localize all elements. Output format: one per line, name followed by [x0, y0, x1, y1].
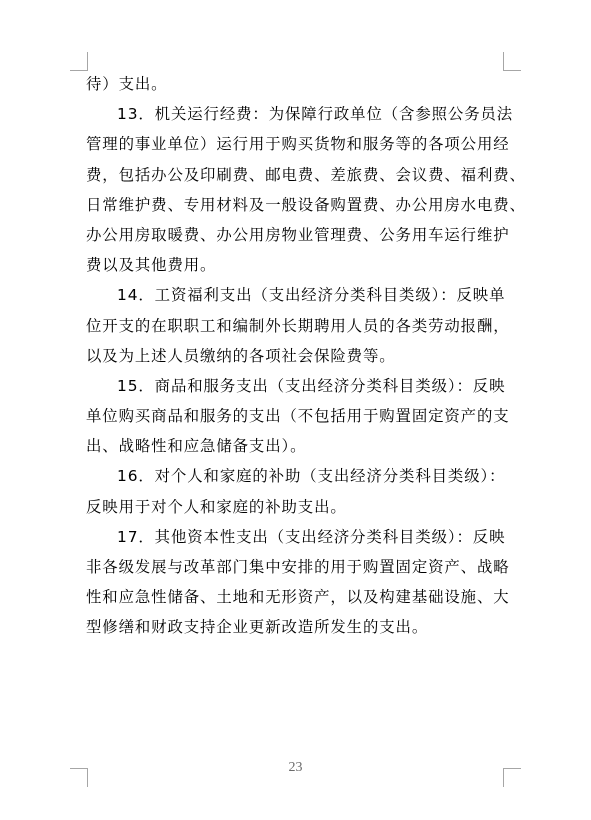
page-number: 23	[0, 760, 591, 776]
text-line: 以及为上述人员缴纳的各项社会保险费等。	[86, 341, 506, 371]
text-line: 费，包括办公及印刷费、邮电费、差旅费、会议费、福利费、	[86, 160, 506, 190]
paragraph-16-household-subsidies: 16．对个人和家庭的补助（支出经济分类科目类级）： 反映用于对个人和家庭的补助支…	[86, 461, 506, 521]
text-line: 位开支的在职职工和编制外长期聘用人员的各类劳动报酬，	[86, 311, 506, 341]
paragraph-12-continuation: 待）支出。	[86, 69, 506, 99]
text-line: 费以及其他费用。	[86, 250, 506, 280]
text-line: 13．机关运行经费：为保障行政单位（含参照公务员法	[86, 99, 506, 129]
text-line: 非各级发展与改革部门集中安排的用于购置固定资产、战略	[86, 552, 506, 582]
text-line: 型修缮和财政支持企业更新改造所发生的支出。	[86, 612, 506, 642]
text-line: 出、战略性和应急储备支出）。	[86, 431, 506, 461]
text-line: 性和应急性储备、土地和无形资产，以及构建基础设施、大	[86, 582, 506, 612]
text-line: 待）支出。	[86, 69, 506, 99]
text-line: 反映用于对个人和家庭的补助支出。	[86, 492, 506, 522]
text-line: 单位购买商品和服务的支出（不包括用于购置固定资产的支	[86, 401, 506, 431]
text-line: 管理的事业单位）运行用于购买货物和服务等的各项公用经	[86, 129, 506, 159]
paragraph-14-wages-welfare: 14．工资福利支出（支出经济分类科目类级）：反映单 位开支的在职职工和编制外长期…	[86, 280, 506, 371]
text-line: 日常维护费、专用材料及一般设备购置费、办公用房水电费、	[86, 190, 506, 220]
text-line: 17．其他资本性支出（支出经济分类科目类级）：反映	[86, 522, 506, 552]
text-line: 办公用房取暖费、办公用房物业管理费、公务用车运行维护	[86, 220, 506, 250]
document-body: 待）支出。 13．机关运行经费：为保障行政单位（含参照公务员法 管理的事业单位）…	[86, 69, 506, 643]
paragraph-15-goods-services: 15．商品和服务支出（支出经济分类科目类级）：反映 单位购买商品和服务的支出（不…	[86, 371, 506, 462]
paragraph-17-other-capital-expenditure: 17．其他资本性支出（支出经济分类科目类级）：反映 非各级发展与改革部门集中安排…	[86, 522, 506, 643]
paragraph-13-agency-operating-costs: 13．机关运行经费：为保障行政单位（含参照公务员法 管理的事业单位）运行用于购买…	[86, 99, 506, 280]
text-line: 16．对个人和家庭的补助（支出经济分类科目类级）：	[86, 461, 506, 491]
text-line: 14．工资福利支出（支出经济分类科目类级）：反映单	[86, 280, 506, 310]
text-line: 15．商品和服务支出（支出经济分类科目类级）：反映	[86, 371, 506, 401]
document-page: 待）支出。 13．机关运行经费：为保障行政单位（含参照公务员法 管理的事业单位）…	[0, 0, 591, 820]
